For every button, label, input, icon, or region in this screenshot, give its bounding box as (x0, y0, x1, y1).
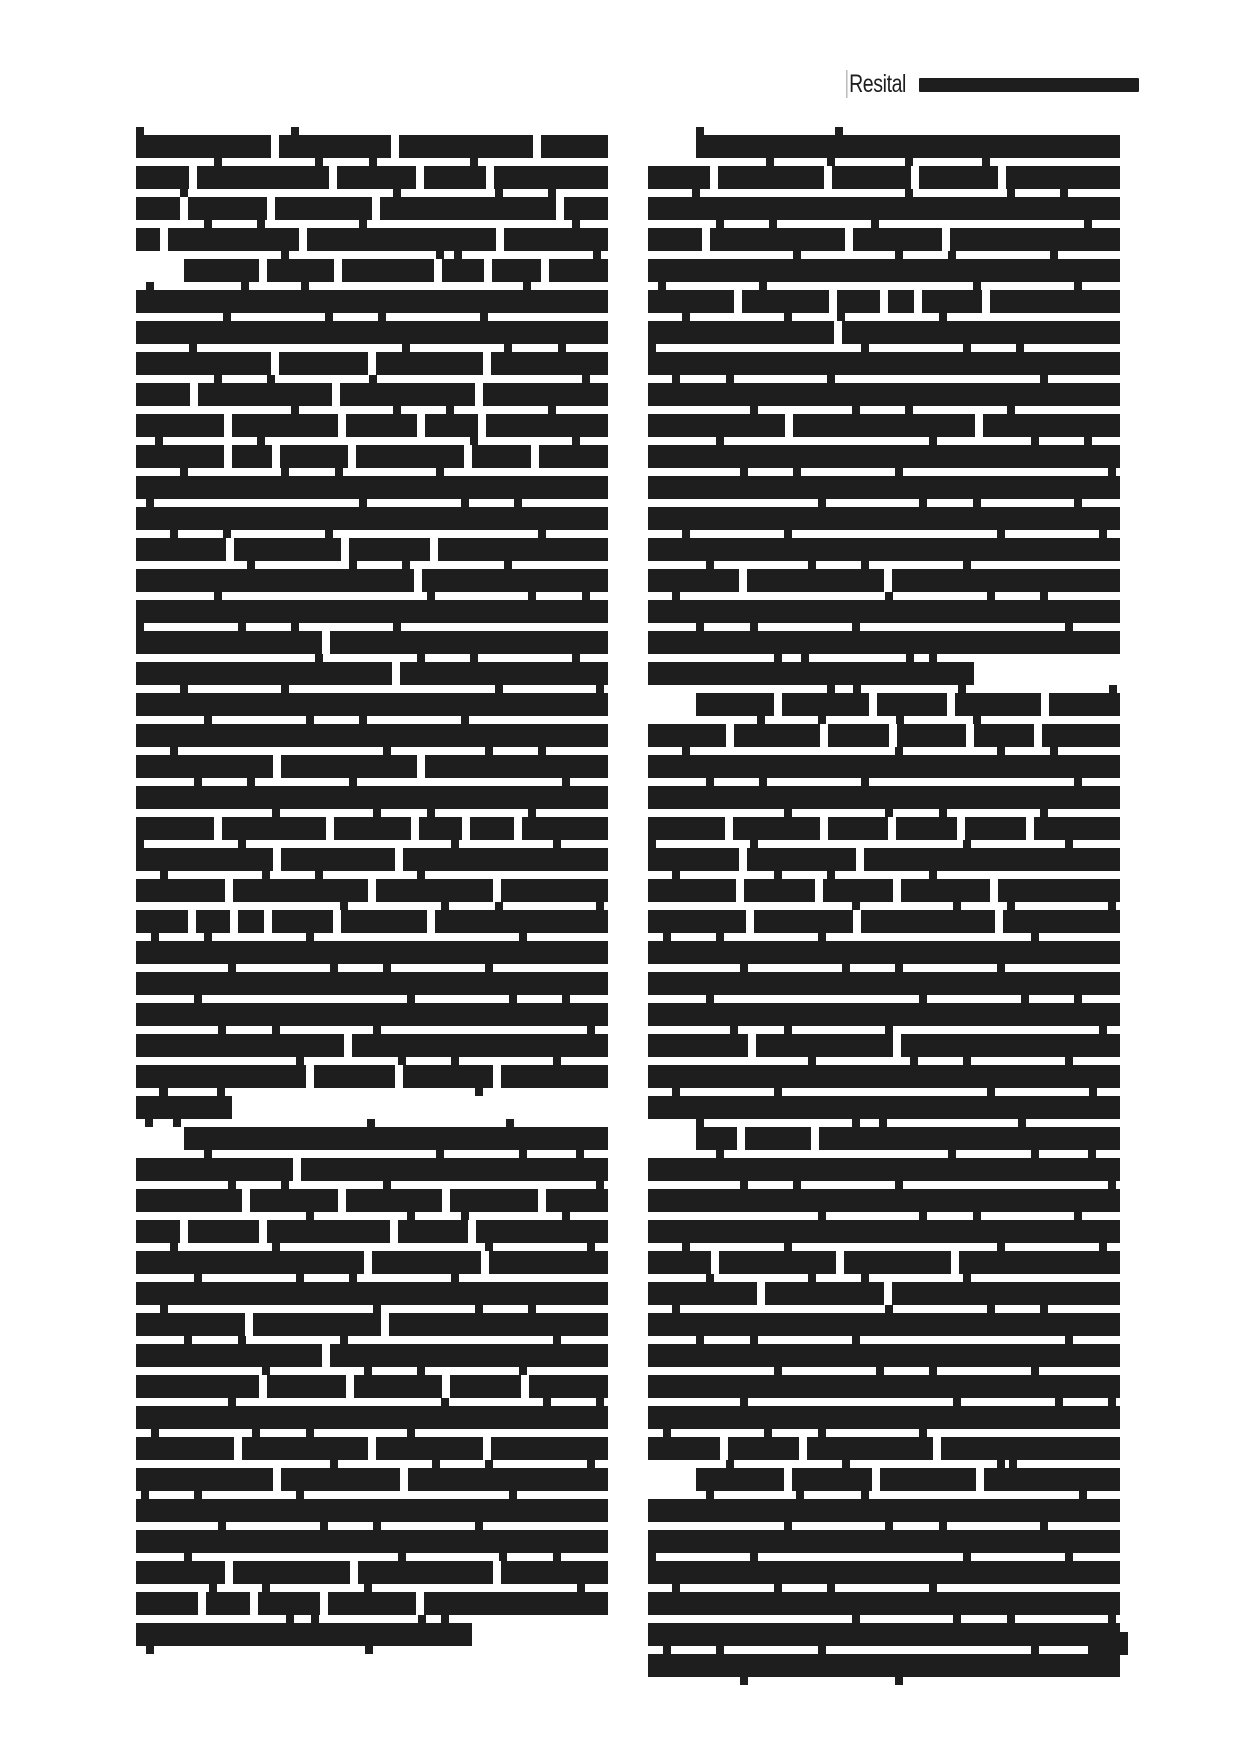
redacted-word (648, 321, 834, 344)
redaction-artifact (480, 313, 488, 321)
redaction-artifact (706, 995, 714, 1003)
redacted-word (136, 786, 608, 809)
redacted-word (696, 693, 774, 716)
text-column-left (136, 135, 616, 1654)
redacted-word (233, 1561, 350, 1584)
redaction-artifact (509, 1491, 517, 1499)
redacted-word (648, 786, 1120, 809)
redaction-artifact (852, 406, 860, 414)
redacted-word (648, 166, 710, 189)
redaction-artifact (835, 127, 843, 135)
redaction-artifact (648, 1553, 656, 1561)
redacted-word (376, 879, 493, 902)
redacted-word (648, 197, 1120, 220)
redacted-word (136, 1375, 259, 1398)
redaction-artifact (393, 623, 401, 631)
redaction-artifact (596, 685, 604, 693)
redacted-word (196, 910, 230, 933)
redacted-text-line (648, 631, 1128, 654)
redacted-word (648, 1499, 1120, 1522)
redacted-text-line (648, 910, 1128, 933)
redaction-artifact (793, 468, 801, 476)
redaction-artifact (572, 220, 580, 228)
redacted-text-line (648, 507, 1128, 530)
redacted-text-line (136, 1561, 616, 1584)
redaction-artifact (499, 1553, 507, 1561)
redacted-text-line (136, 507, 616, 530)
redacted-word (403, 848, 608, 871)
redaction-artifact (876, 1367, 884, 1375)
redacted-text-line (648, 383, 1128, 406)
redacted-word (330, 1344, 608, 1367)
redacted-text-line (648, 259, 1128, 282)
redaction-artifact (228, 1398, 236, 1406)
redacted-text-line (136, 1251, 616, 1274)
redacted-word (136, 1468, 273, 1491)
redacted-word (136, 228, 160, 251)
redaction-artifact (228, 1181, 236, 1189)
redaction-artifact (475, 1088, 483, 1096)
redaction-artifact (548, 189, 556, 197)
redacted-word (232, 414, 338, 437)
redacted-word (648, 1158, 1120, 1181)
redaction-artifact (774, 1367, 782, 1375)
redaction-artifact (451, 1274, 459, 1282)
redacted-word (864, 848, 1120, 871)
redaction-artifact (558, 344, 566, 352)
redacted-word (281, 1468, 400, 1491)
redaction-artifact (939, 1522, 947, 1530)
redacted-word (450, 1189, 538, 1212)
redacted-text-line (648, 848, 1128, 871)
redaction-artifact (774, 871, 782, 879)
redaction-artifact (252, 1429, 260, 1437)
redacted-word (756, 1034, 893, 1057)
redacted-word (346, 414, 417, 437)
redaction-artifact (349, 561, 357, 569)
redacted-text-line (648, 972, 1128, 995)
redacted-word (648, 1313, 1120, 1336)
redacted-word (539, 445, 608, 468)
redaction-artifact (582, 592, 590, 600)
redacted-word (648, 476, 1120, 499)
redaction-artifact (485, 747, 493, 755)
redaction-artifact (398, 1057, 406, 1065)
redacted-word (136, 1561, 225, 1584)
redacted-word (648, 848, 739, 871)
redacted-text-line (136, 724, 616, 747)
redacted-word (403, 1065, 493, 1088)
redacted-word (168, 228, 300, 251)
redaction-artifact (750, 1336, 758, 1344)
redacted-text-line (648, 1468, 1128, 1491)
redaction-artifact (383, 964, 391, 972)
redacted-text-line (136, 879, 616, 902)
redaction-artifact (730, 1026, 738, 1034)
redacted-word (896, 817, 957, 840)
redaction-artifact (315, 654, 323, 662)
redacted-word (648, 290, 734, 313)
redaction-artifact (1040, 1522, 1048, 1530)
redaction-artifact (885, 1026, 893, 1034)
redaction-artifact (204, 1150, 212, 1158)
redaction-artifact (306, 716, 314, 724)
redacted-word (901, 879, 989, 902)
redaction-artifact (808, 1057, 816, 1065)
redaction-artifact (146, 499, 154, 507)
redaction-artifact (997, 747, 1005, 755)
redaction-artifact (359, 220, 367, 228)
redaction-artifact (427, 809, 435, 817)
redacted-word (425, 755, 608, 778)
redaction-artifact (706, 1491, 714, 1499)
redacted-word (901, 1034, 1120, 1057)
redaction-artifact (373, 1026, 381, 1034)
redaction-artifact (136, 127, 144, 135)
redaction-artifact (852, 1615, 860, 1623)
redacted-word (340, 383, 474, 406)
redacted-text-line (648, 569, 1128, 592)
redacted-word (754, 910, 852, 933)
redacted-text-line (136, 445, 616, 468)
redaction-artifact (461, 716, 469, 724)
redacted-word (648, 445, 1120, 468)
redaction-artifact (572, 654, 580, 662)
redaction-artifact (706, 1274, 714, 1282)
redacted-word (1006, 166, 1120, 189)
redaction-artifact (885, 1305, 893, 1313)
redaction-artifact (306, 1429, 314, 1437)
redacted-word (422, 569, 608, 592)
redacted-word (549, 259, 608, 282)
redaction-artifact (562, 1212, 570, 1220)
redaction-artifact (1089, 1088, 1097, 1096)
redacted-word (648, 662, 974, 685)
redacted-word (419, 817, 462, 840)
redaction-artifact (759, 778, 767, 786)
redacted-word (136, 414, 224, 437)
redacted-text-line (136, 1220, 616, 1243)
redaction-artifact (958, 685, 966, 693)
redaction-artifact (861, 561, 869, 569)
redaction-artifact (454, 251, 462, 259)
redaction-artifact (281, 1181, 289, 1189)
redaction-artifact (335, 468, 343, 476)
redacted-word (470, 817, 513, 840)
redacted-text-line (136, 631, 616, 654)
redaction-artifact (519, 1367, 527, 1375)
redaction-artifact (301, 282, 309, 290)
redaction-artifact (272, 1243, 280, 1251)
redacted-text-line (648, 1189, 1128, 1212)
redaction-artifact (184, 1553, 192, 1561)
redaction-artifact (247, 561, 255, 569)
redaction-artifact (509, 995, 517, 1003)
redaction-artifact (953, 902, 961, 910)
redacted-word (136, 476, 608, 499)
redacted-word (136, 1003, 608, 1026)
redaction-artifact (1009, 1460, 1017, 1468)
redaction-artifact (194, 778, 202, 786)
redacted-text-line (648, 1623, 1128, 1646)
redaction-artifact (417, 1367, 425, 1375)
redacted-word (136, 1437, 234, 1460)
redaction-artifact (759, 282, 767, 290)
redaction-artifact (1074, 1212, 1082, 1220)
redaction-artifact (672, 871, 680, 879)
redacted-word (832, 166, 911, 189)
redaction-artifact (861, 344, 869, 352)
redacted-word (136, 1220, 180, 1243)
redaction-artifact (475, 1305, 483, 1313)
redacted-text-line (136, 1065, 616, 1088)
redacted-word (648, 1623, 1120, 1646)
redacted-text-line (648, 197, 1128, 220)
redaction-artifact (885, 592, 893, 600)
redacted-text-line (136, 476, 616, 499)
redacted-word (400, 662, 608, 685)
redacted-text-line (136, 1158, 616, 1181)
redaction-artifact (801, 654, 809, 662)
redaction-artifact (180, 685, 188, 693)
redacted-text-line (136, 166, 616, 189)
redaction-artifact (1031, 933, 1039, 941)
redaction-artifact (939, 313, 947, 321)
redacted-word (301, 1158, 608, 1181)
redacted-word (648, 1096, 1120, 1119)
redacted-word (238, 910, 264, 933)
redacted-word (136, 693, 608, 716)
redacted-text-line (136, 817, 616, 840)
redaction-artifact (919, 995, 927, 1003)
redacted-word (648, 1530, 1120, 1553)
redacted-text-line (136, 538, 616, 561)
redaction-artifact (359, 499, 367, 507)
redacted-word (648, 910, 746, 933)
redaction-artifact (852, 902, 860, 910)
redaction-artifact (726, 1460, 734, 1468)
redaction-artifact (349, 778, 357, 786)
redaction-artifact (895, 1181, 903, 1189)
redacted-word (267, 1220, 390, 1243)
redaction-artifact (1040, 375, 1048, 383)
redaction-artifact (364, 1367, 372, 1375)
redacted-text-line (136, 972, 616, 995)
text-column-right (648, 135, 1128, 1685)
redaction-artifact (1031, 437, 1039, 445)
redacted-word (648, 1344, 1120, 1367)
redaction-artifact (987, 1305, 995, 1313)
redaction-artifact (214, 375, 222, 383)
redaction-artifact (852, 1119, 860, 1127)
redacted-word (136, 631, 322, 654)
redaction-artifact (716, 933, 724, 941)
redaction-artifact (692, 189, 700, 197)
redacted-word (1042, 724, 1120, 747)
redacted-word (389, 1313, 608, 1336)
redaction-artifact (895, 468, 903, 476)
redacted-text-line (136, 1499, 616, 1522)
redaction-artifact (740, 468, 748, 476)
redacted-text-line (136, 662, 616, 685)
redaction-artifact (160, 871, 168, 879)
redacted-word (648, 817, 725, 840)
redacted-word (275, 197, 372, 220)
redaction-artifact (793, 1181, 801, 1189)
redacted-word (424, 1592, 608, 1615)
redaction-artifact (852, 1336, 860, 1344)
redacted-word (984, 1468, 1120, 1491)
redaction-artifact (1031, 1367, 1039, 1375)
redaction-artifact (963, 561, 971, 569)
redacted-text-line (136, 1375, 616, 1398)
redacted-word (136, 724, 608, 747)
redacted-text-line (648, 1375, 1128, 1398)
redacted-word (136, 817, 214, 840)
redaction-artifact (696, 623, 704, 631)
redaction-artifact (286, 1615, 294, 1623)
redaction-artifact (842, 964, 850, 972)
redaction-artifact (407, 995, 415, 1003)
redaction-artifact (315, 158, 323, 166)
redacted-word (354, 1375, 442, 1398)
redacted-word (648, 228, 702, 251)
running-header: Resital (846, 66, 1139, 98)
redacted-text-line (136, 1437, 616, 1460)
redaction-artifact (349, 1274, 357, 1282)
redacted-word (136, 1592, 198, 1615)
redaction-artifact (528, 809, 536, 817)
redaction-artifact (1050, 251, 1058, 259)
redacted-text-line (648, 1499, 1128, 1522)
redacted-text-line (648, 1220, 1128, 1243)
redaction-artifact (373, 1305, 381, 1313)
redaction-artifact (774, 1088, 782, 1096)
redaction-artifact (672, 1584, 680, 1592)
redaction-artifact (320, 1522, 328, 1530)
redaction-artifact (1109, 685, 1117, 693)
redacted-text-line (136, 414, 616, 437)
redaction-artifact (973, 499, 981, 507)
redaction-artifact (173, 1119, 181, 1127)
redaction-artifact (587, 1460, 595, 1468)
redacted-text-line (136, 1623, 616, 1646)
redacted-text-line (648, 941, 1128, 964)
redaction-artifact (1065, 1336, 1073, 1344)
redaction-artifact (1084, 220, 1092, 228)
redacted-word (696, 135, 1120, 158)
redaction-artifact (663, 1429, 671, 1437)
redacted-text-line (136, 1034, 616, 1057)
redacted-text-line (648, 755, 1128, 778)
redaction-artifact (528, 1305, 536, 1313)
redaction-artifact (885, 1522, 893, 1530)
redaction-artifact (672, 375, 680, 383)
redaction-artifact (587, 1243, 595, 1251)
redaction-artifact (1040, 592, 1048, 600)
redaction-artifact (247, 778, 255, 786)
redaction-artifact (997, 964, 1005, 972)
redaction-artifact (784, 1243, 792, 1251)
redaction-artifact (953, 1615, 961, 1623)
redacted-word (346, 1189, 443, 1212)
redaction-artifact (340, 1336, 348, 1344)
redacted-text-line (648, 1344, 1128, 1367)
redaction-artifact (441, 1615, 449, 1623)
redaction-artifact (1018, 1119, 1026, 1127)
redaction-artifact (963, 840, 971, 848)
redaction-artifact (340, 902, 348, 910)
redaction-artifact (136, 840, 144, 848)
redacted-word (998, 879, 1121, 902)
redaction-artifact (1074, 995, 1082, 1003)
redaction-artifact (929, 871, 937, 879)
redaction-artifact (706, 561, 714, 569)
redacted-word (853, 228, 942, 251)
redacted-word (747, 848, 856, 871)
redacted-text-line (136, 383, 616, 406)
redaction-artifact (716, 1150, 724, 1158)
redaction-artifact (1040, 809, 1048, 817)
redaction-artifact (427, 592, 435, 600)
redacted-text-line (648, 1034, 1128, 1057)
redaction-artifact (417, 871, 425, 879)
redacted-word (648, 1282, 757, 1305)
redaction-artifact (519, 933, 527, 941)
redaction-artifact (184, 1336, 192, 1344)
redaction-artifact (1016, 344, 1024, 352)
redacted-word (136, 166, 189, 189)
redacted-word (648, 755, 1120, 778)
redaction-artifact (485, 964, 493, 972)
redaction-artifact (953, 1398, 961, 1406)
redacted-word (648, 724, 726, 747)
redacted-text-line (136, 1096, 616, 1119)
redacted-word (136, 383, 190, 406)
redaction-artifact (538, 747, 546, 755)
redacted-word (267, 1375, 346, 1398)
redacted-word (136, 755, 273, 778)
redaction-artifact (441, 1398, 449, 1406)
redaction-artifact (155, 437, 163, 445)
redaction-artifact (1099, 1026, 1107, 1034)
redacted-word (425, 414, 478, 437)
redaction-artifact (905, 189, 913, 197)
redaction-artifact (1021, 995, 1029, 1003)
redacted-word (136, 1189, 242, 1212)
redaction-artifact (214, 592, 222, 600)
redaction-artifact (1007, 189, 1015, 197)
redaction-artifact (842, 1460, 850, 1468)
redacted-text-line (136, 1003, 616, 1026)
redacted-text-line (136, 197, 616, 220)
redacted-word (136, 1282, 608, 1305)
redacted-word (233, 879, 368, 902)
redacted-word (742, 290, 828, 313)
page-number-redacted (1088, 1632, 1128, 1655)
redacted-text-line (648, 1406, 1128, 1429)
redaction-artifact (291, 127, 299, 135)
redacted-word (501, 1561, 608, 1584)
redacted-word (136, 445, 224, 468)
redaction-artifact (572, 437, 580, 445)
redaction-artifact (325, 530, 333, 538)
redaction-artifact (136, 623, 144, 631)
redaction-artifact (267, 375, 275, 383)
redaction-artifact (1055, 1398, 1063, 1406)
redacted-word (136, 321, 608, 344)
redaction-artifact (672, 1305, 680, 1313)
